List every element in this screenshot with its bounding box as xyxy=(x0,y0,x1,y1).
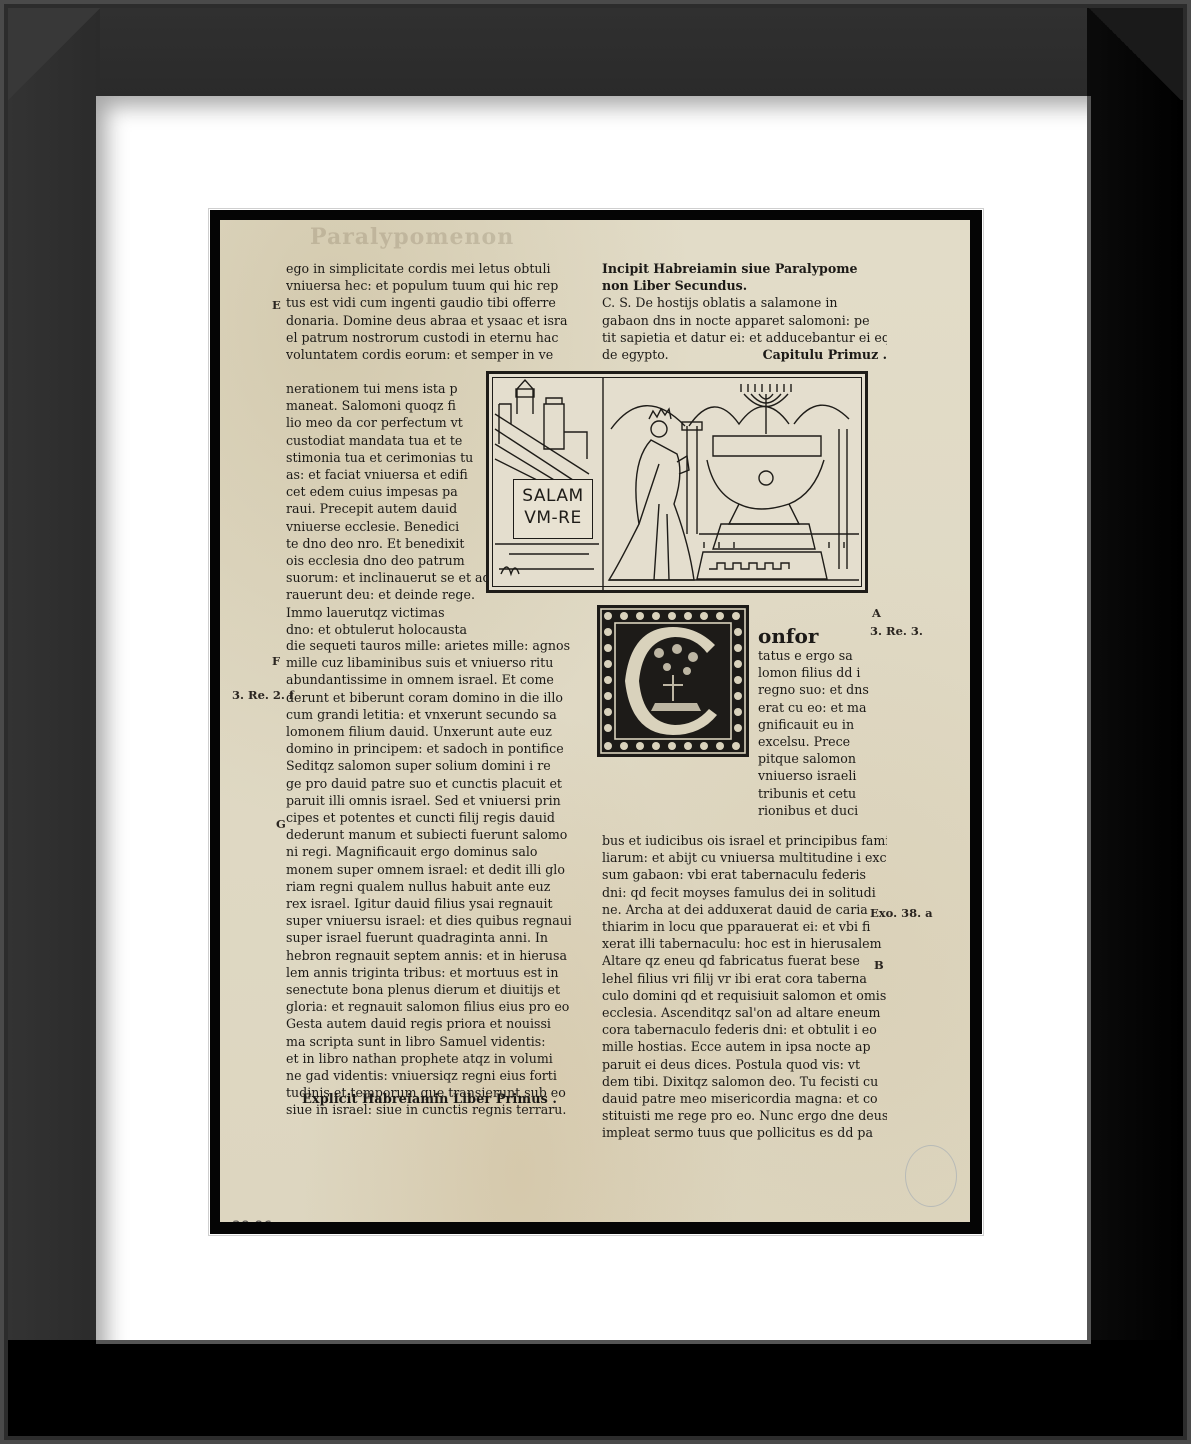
text-line: dederunt manum et subiecti fuerunt salom… xyxy=(286,826,571,843)
text-line: ego in simplicitate cordis mei letus obt… xyxy=(286,260,571,277)
text-line: voluntatem cordis eorum: et semper in ve xyxy=(286,346,571,363)
woodcut-caption-sign: SALAM VM-RE xyxy=(513,479,593,539)
margin-letter-f: F xyxy=(272,654,280,668)
text-line: stituisti me rege pro eo. Nunc ergo dne … xyxy=(602,1107,887,1124)
text-line: maneat. Salomoni quoqz fi xyxy=(286,397,486,414)
summary-line: tit sapietia et datur ei: et adducebantu… xyxy=(602,329,887,346)
chapter-label: Capitulu Primuz . xyxy=(763,346,887,363)
summary-last-line: de egypto. xyxy=(602,346,669,363)
text-line: erat cu eo: et ma xyxy=(758,699,888,716)
text-line: impleat sermo tuus que pollicitus es dd … xyxy=(602,1124,887,1141)
text-line: ois ecclesia dno deo patrum xyxy=(286,552,486,569)
text-line: xerat illi tabernaculu: hoc est in hieru… xyxy=(602,935,887,952)
text-line: paruit illi omnis israel. Sed et vniuers… xyxy=(286,792,571,809)
text-line: dno: et obtulerut holocausta xyxy=(286,621,486,638)
margin-letter-e: E xyxy=(272,298,281,312)
text-line: dni: qd fecit moyses famulus dei in soli… xyxy=(602,884,887,901)
text-line: dem tibi. Dixitqz salomon deo. Tu fecist… xyxy=(602,1073,887,1090)
text-line: abundantissime in omnem israel. Et come xyxy=(286,671,571,688)
caption-line: SALAM xyxy=(514,485,592,507)
text-line: rauerunt deu: et deinde rege. xyxy=(286,586,486,603)
text-line: excelsu. Prece xyxy=(758,733,888,750)
text-line: cipes et potentes et cuncti filij regis … xyxy=(286,809,571,826)
text-line: ma scripta sunt in libro Samuel videntis… xyxy=(286,1033,571,1050)
caption-line: VM-RE xyxy=(514,507,592,529)
left-column-top: ego in simplicitate cordis mei letus obt… xyxy=(286,260,571,363)
summary-line: gabaon dns in nocte apparet salomoni: pe xyxy=(602,312,887,329)
text-line: thiarim in locu que pparauerat ei: et vb… xyxy=(602,918,887,935)
text-line: suorum: et inclinauerut se et ado xyxy=(286,569,486,586)
text-line: ne. Archa at dei adduxerat dauid de cari… xyxy=(602,901,887,918)
text-line: Altare qz eneu qd fabricatus fuerat bese xyxy=(602,952,887,969)
explicit-line: Explicit Habreiamin Liber Primus . xyxy=(302,1092,557,1107)
text-line: donaria. Domine deus abraa et ysaac et i… xyxy=(286,312,571,329)
text-line: lio meo da cor perfectum vt xyxy=(286,414,486,431)
text-line: cum grandi letitia: et vnxerunt secundo … xyxy=(286,706,571,723)
frame-bottom-rail xyxy=(8,1340,1183,1436)
text-line: lomonem filium dauid. Unxerunt aute euz xyxy=(286,723,571,740)
text-line: tribunis et cetu xyxy=(758,785,888,802)
text-line: Seditqz salomon super solium domini i re xyxy=(286,757,571,774)
text-line: cet edem cuius impesas pa xyxy=(286,483,486,500)
frame-top-rail xyxy=(8,8,1183,100)
bleed-through-header: Paralypomenon xyxy=(310,224,610,250)
text-line: as: et faciat vniuersa et edifi xyxy=(286,466,486,483)
text-line: mille hostias. Ecce autem in ipsa nocte … xyxy=(602,1038,887,1055)
frame-miter-top-right xyxy=(1087,8,1183,100)
margin-reference-exo-38: Exo. 38. a xyxy=(870,906,933,920)
text-line: regno suo: et dns xyxy=(758,681,888,698)
text-line: die sequeti tauros mille: arietes mille:… xyxy=(286,637,571,654)
text-line: lomon filius dd i xyxy=(758,664,888,681)
summary-line: de egypto. Capitulu Primuz . xyxy=(602,346,887,363)
text-line: ni regi. Magnificauit ergo dominus salo xyxy=(286,843,571,860)
text-line: gloria: et regnauit salomon filius eius … xyxy=(286,998,571,1015)
right-column-beside-initial: onfor tatus e ergo sa lomon filius dd i … xyxy=(758,625,888,819)
text-line: lem annis triginta tribus: et mortuus es… xyxy=(286,964,571,981)
text-line: riam regni qualem nullus habuit ante euz xyxy=(286,878,571,895)
text-line: rex israel. Igitur dauid filius ysai reg… xyxy=(286,895,571,912)
margin-letter-b: B xyxy=(874,958,884,972)
frame-miter-top-left xyxy=(8,8,100,100)
text-line: ecclesia. Ascenditqz sal'on ad altare en… xyxy=(602,1004,887,1021)
initial-word-rest: onfor xyxy=(758,625,888,647)
text-line: te dno deo nro. Et benedixit xyxy=(286,535,486,552)
text-line: ne gad videntis: vniuersiqz regni eius f… xyxy=(286,1067,571,1084)
margin-reference-3-re-2: 3. Re. 2. f xyxy=(232,688,294,702)
text-line: Gesta autem dauid regis priora et nouiss… xyxy=(286,1015,571,1032)
incipit-line: Incipit Habreiamin siue Paralypome xyxy=(602,260,887,277)
faint-collection-stamp xyxy=(905,1145,957,1207)
woodcut-illustration: SALAM VM-RE xyxy=(486,371,868,593)
text-line: et in libro nathan prophete atqz in volu… xyxy=(286,1050,571,1067)
left-column-beside-woodcut: nerationem tui mens ista p maneat. Salom… xyxy=(286,380,486,638)
text-line: lehel filius vri filij vr ibi erat cora … xyxy=(602,970,887,987)
decorated-initial-c xyxy=(597,605,749,757)
text-line: bus et iudicibus ois israel et principib… xyxy=(602,832,887,849)
text-line: culo domini qd et requisiuit salomon et … xyxy=(602,987,887,1004)
text-line: senectute bona plenus dierum et diuitijs… xyxy=(286,981,571,998)
text-line: hebron regnauit septem annis: et in hier… xyxy=(286,947,571,964)
frame-right-rail xyxy=(1087,8,1183,1436)
text-line: super vniuersu israel: et dies quibus re… xyxy=(286,912,571,929)
text-line: vniuersa hec: et populum tuum qui hic re… xyxy=(286,277,571,294)
text-line: paruit ei deus dices. Postula quod vis: … xyxy=(602,1056,887,1073)
text-line: custodiat mandata tua et te xyxy=(286,432,486,449)
text-line: liarum: et abijt cu vniuersa multitudine… xyxy=(602,849,887,866)
text-line: nerationem tui mens ista p xyxy=(286,380,486,397)
text-line: monem super omnem israel: et dedit illi … xyxy=(286,861,571,878)
frame-left-rail xyxy=(8,8,100,1436)
text-line: cora tabernaculo federis dni: et obtulit… xyxy=(602,1021,887,1038)
inventory-line: 38.86 /53 xyxy=(232,1220,292,1222)
initial-c-ornament xyxy=(597,605,749,757)
text-line: raui. Precepit autem dauid xyxy=(286,500,486,517)
text-line: domino in principem: et sadoch in pontif… xyxy=(286,740,571,757)
text-line: vniuerso israeli xyxy=(758,767,888,784)
text-line: Immo lauerutqz victimas xyxy=(286,604,486,621)
text-line: sum gabaon: vbi erat tabernaculu federis xyxy=(602,866,887,883)
text-line: rionibus et duci xyxy=(758,802,888,819)
text-line: tatus e ergo sa xyxy=(758,647,888,664)
text-line: pitque salomon xyxy=(758,750,888,767)
margin-letter-g: G xyxy=(276,817,286,831)
right-column-lower: bus et iudicibus ois israel et principib… xyxy=(602,832,887,1142)
text-line: stimonia tua et cerimonias tu xyxy=(286,449,486,466)
text-line: vniuerse ecclesie. Benedici xyxy=(286,518,486,535)
summary-line: C. S. De hostijs oblatis a salamone in xyxy=(602,294,887,311)
book-page: Paralypomenon ego in simplicitate cordis… xyxy=(220,220,970,1222)
right-column-heading: Incipit Habreiamin siue Paralypome non L… xyxy=(602,260,887,363)
text-line: tus est vidi cum ingenti gaudio tibi off… xyxy=(286,294,571,311)
text-line: ge pro dauid patre suo et cunctis placui… xyxy=(286,775,571,792)
left-column-lower: die sequeti tauros mille: arietes mille:… xyxy=(286,637,571,1119)
margin-letter-a: A xyxy=(872,606,881,620)
text-line: derunt et biberunt coram domino in die i… xyxy=(286,689,571,706)
margin-reference-3-re-3: 3. Re. 3. xyxy=(870,624,923,638)
text-line: super israel fuerunt quadraginta anni. I… xyxy=(286,929,571,946)
inventory-number: 38.86 /53 R6498 xyxy=(232,1220,292,1222)
incipit-line: non Liber Secundus. xyxy=(602,277,887,294)
text-line: el patrum nostrorum custodi in eternu ha… xyxy=(286,329,571,346)
text-line: mille cuz libaminibus suis et vniuerso r… xyxy=(286,654,571,671)
text-line: dauid patre meo misericordia magna: et c… xyxy=(602,1090,887,1107)
text-line: gnificauit eu in xyxy=(758,716,888,733)
